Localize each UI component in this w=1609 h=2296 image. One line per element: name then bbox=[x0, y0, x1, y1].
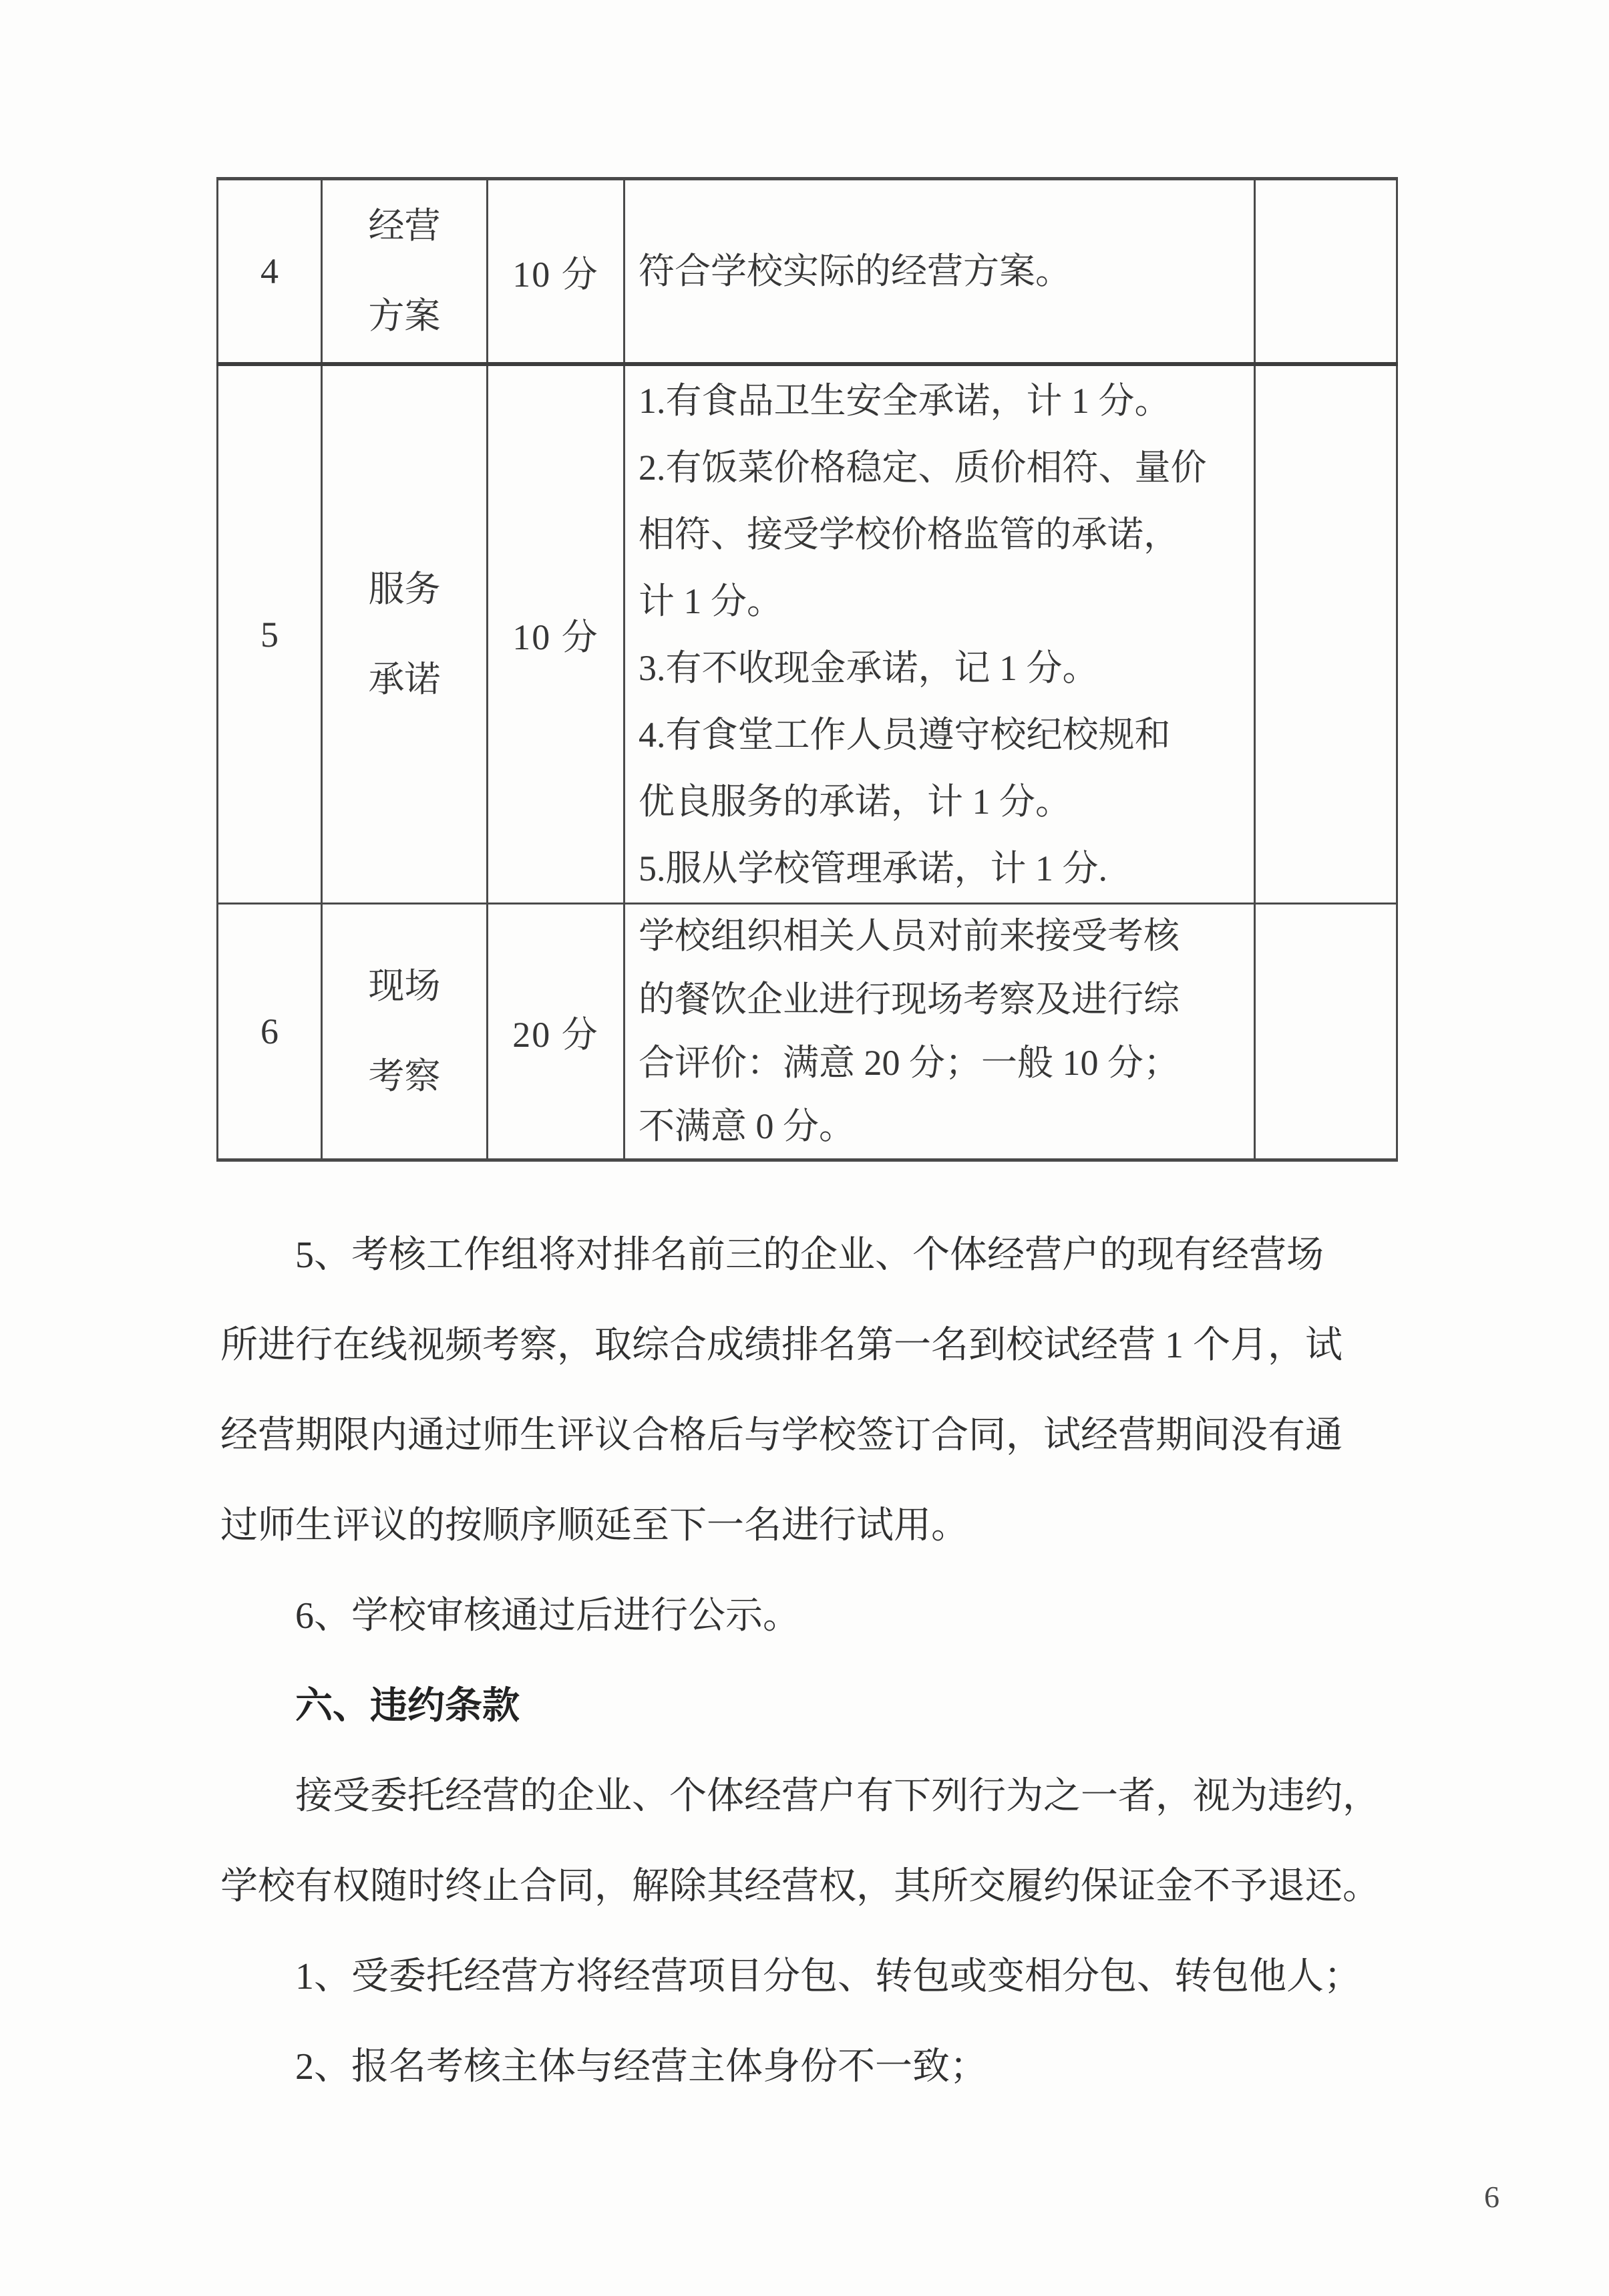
score-table: 4 经营 方案 10 分 符合学校实际的经营方案。 5 服务 承诺 10 分 1… bbox=[216, 177, 1398, 1162]
paragraph-6-publicity: 6、学校审核通过后进行公示。 bbox=[220, 1571, 1396, 1661]
row-6-description: 学校组织相关人员对前来接受考核 的餐饮企业进行现场考察及进行综 合评价：满意 2… bbox=[624, 904, 1255, 1160]
row-4-description: 符合学校实际的经营方案。 bbox=[624, 179, 1255, 365]
body-text: 5、考核工作组将对排名前三的企业、个体经营户的现有经营场 所进行在线视频考察，取… bbox=[220, 1210, 1396, 2112]
row-6-item-name: 现场 考察 bbox=[322, 904, 488, 1160]
row-5-number: 5 bbox=[218, 364, 322, 904]
table-row-6: 6 现场 考察 20 分 学校组织相关人员对前来接受考核 的餐饮企业进行现场考察… bbox=[218, 904, 1397, 1160]
row-4-item-name: 经营 方案 bbox=[322, 179, 488, 365]
row-6-number: 6 bbox=[218, 904, 322, 1160]
breach-item-1: 1、受委托经营方将经营项目分包、转包或变相分包、转包他人； bbox=[220, 1932, 1396, 2022]
row-6-score: 20 分 bbox=[488, 904, 624, 1160]
row-6-remark-cell bbox=[1255, 904, 1397, 1160]
row-5-score: 10 分 bbox=[488, 364, 624, 904]
row-5-remark-cell bbox=[1255, 364, 1397, 904]
table-row-4: 4 经营 方案 10 分 符合学校实际的经营方案。 bbox=[218, 179, 1397, 365]
paragraph-5-assessment: 5、考核工作组将对排名前三的企业、个体经营户的现有经营场 所进行在线视频考察，取… bbox=[220, 1210, 1396, 1571]
row-4-remark-cell bbox=[1255, 179, 1397, 365]
document-page: 4 经营 方案 10 分 符合学校实际的经营方案。 5 服务 承诺 10 分 1… bbox=[0, 0, 1609, 2296]
section-heading-breach-terms: 六、违约条款 bbox=[220, 1661, 1396, 1752]
breach-item-2: 2、报名考核主体与经营主体身份不一致； bbox=[220, 2022, 1396, 2112]
row-4-score: 10 分 bbox=[488, 179, 624, 365]
table-row-5: 5 服务 承诺 10 分 1.有食品卫生安全承诺，计 1 分。 2.有饭菜价格稳… bbox=[218, 364, 1397, 904]
row-5-description: 1.有食品卫生安全承诺，计 1 分。 2.有饭菜价格稳定、质价相符、量价 相符、… bbox=[624, 364, 1255, 904]
paragraph-breach-intro: 接受委托经营的企业、个体经营户有下列行为之一者，视为违约， 学校有权随时终止合同… bbox=[220, 1752, 1396, 1932]
row-5-item-name: 服务 承诺 bbox=[322, 364, 488, 904]
page-number: 6 bbox=[1484, 2179, 1499, 2215]
row-4-number: 4 bbox=[218, 179, 322, 365]
